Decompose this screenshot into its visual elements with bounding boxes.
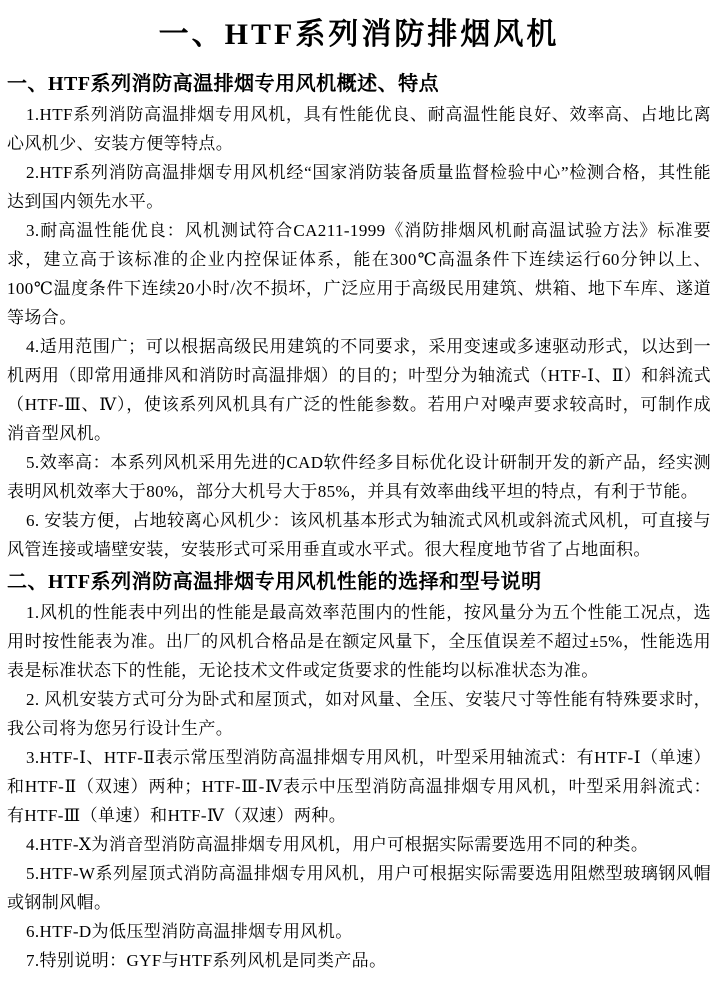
document-title: 一、HTF系列消防排烟风机: [7, 16, 711, 54]
s2-paragraph-4: 4.HTF-Ⅹ为消音型消防高温排烟专用风机，用户可根据实际需要选用不同的种类。: [7, 830, 711, 859]
s2-paragraph-3: 3.HTF-Ⅰ、HTF-Ⅱ表示常压型消防高温排烟专用风机，叶型采用轴流式：有HT…: [7, 743, 711, 830]
s2-paragraph-6: 6.HTF-D为低压型消防高温排烟专用风机。: [7, 917, 711, 946]
s1-paragraph-5: 5.效率高：本系列风机采用先进的CAD软件经多目标优化设计研制开发的新产品，经实…: [7, 448, 711, 506]
s1-paragraph-4: 4.适用范围广；可以根据高级民用建筑的不同要求，采用变速或多速驱动形式，以达到一…: [7, 332, 711, 448]
s2-paragraph-1: 1.风机的性能表中列出的性能是最高效率范围内的性能，按风量分为五个性能工况点，选…: [7, 598, 711, 685]
section-2-heading: 二、HTF系列消防高温排烟专用风机性能的选择和型号说明: [7, 568, 711, 596]
s2-paragraph-2: 2. 风机安装方式可分为卧式和屋顶式，如对风量、全压、安装尺寸等性能有特殊要求时…: [7, 685, 711, 743]
section-1-heading: 一、HTF系列消防高温排烟专用风机概述、特点: [7, 70, 711, 98]
section-overview-features: 一、HTF系列消防高温排烟专用风机概述、特点 1.HTF系列消防高温排烟专用风机…: [7, 70, 711, 564]
document-page: 一、HTF系列消防排烟风机 一、HTF系列消防高温排烟专用风机概述、特点 1.H…: [0, 0, 718, 987]
s2-paragraph-5: 5.HTF-W系列屋顶式消防高温排烟专用风机，用户可根据实际需要选用阻燃型玻璃钢…: [7, 859, 711, 917]
s1-paragraph-1: 1.HTF系列消防高温排烟专用风机，具有性能优良、耐高温性能良好、效率高、占地比…: [7, 100, 711, 158]
s1-paragraph-3: 3.耐高温性能优良：风机测试符合CA211-1999《消防排烟风机耐高温试验方法…: [7, 216, 711, 332]
s2-paragraph-7: 7.特别说明：GYF与HTF系列风机是同类产品。: [7, 946, 711, 975]
section-selection-model: 二、HTF系列消防高温排烟专用风机性能的选择和型号说明 1.风机的性能表中列出的…: [7, 568, 711, 975]
s1-paragraph-2: 2.HTF系列消防高温排烟专用风机经“国家消防装备质量监督检验中心”检测合格，其…: [7, 158, 711, 216]
s1-paragraph-6: 6. 安装方便，占地较离心风机少：该风机基本形式为轴流式风机或斜流式风机，可直接…: [7, 506, 711, 564]
